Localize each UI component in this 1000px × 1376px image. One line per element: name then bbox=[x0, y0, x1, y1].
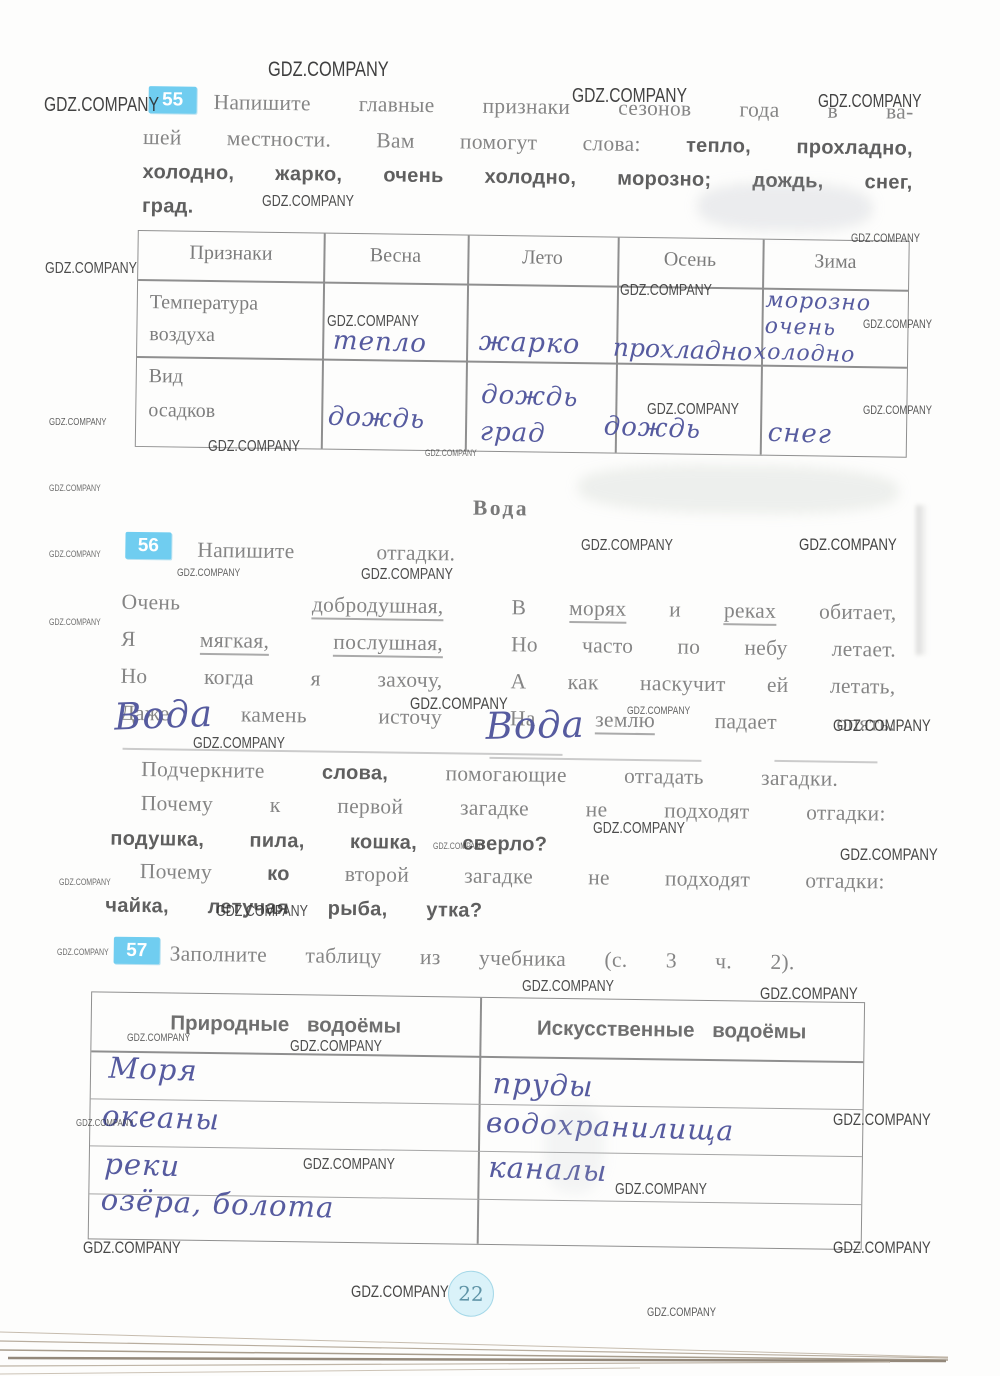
page-stack-edges bbox=[0, 0, 1000, 1376]
workbook-page: 55 Напишите главные признаки сезонов год… bbox=[0, 0, 1000, 1376]
